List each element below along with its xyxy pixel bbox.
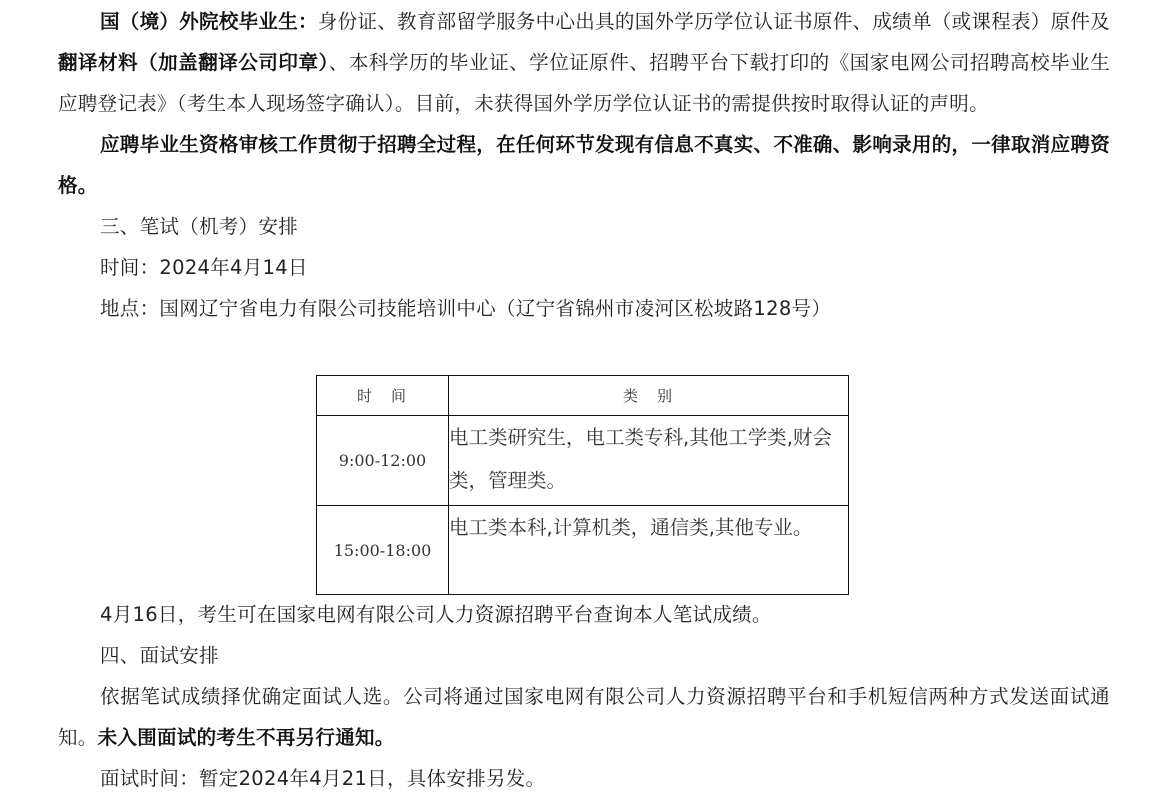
row-time: 15:00-18:00 [317, 506, 449, 595]
score-query-note: 4月16日，考生可在国家电网有限公司人力资源招聘平台查询本人笔试成绩。 [58, 594, 1110, 635]
translation-materials-note: 翻译材料（加盖翻译公司印章） [58, 51, 329, 74]
table-row: 9:00-12:00 电工类研究生，电工类专科,其他工学类,财会类，管理类。 [317, 416, 849, 506]
exam-location: 地点：国网辽宁省电力有限公司技能培训中心（辽宁省锦州市凌河区松坡路128号） [58, 288, 1110, 329]
section-3-title: 三、笔试（机考）安排 [58, 206, 1110, 247]
table-header-row: 时 间 类 别 [317, 376, 849, 416]
row-category: 电工类研究生，电工类专科,其他工学类,财会类，管理类。 [449, 416, 849, 506]
qualification-warning: 应聘毕业生资格审核工作贯彻于招聘全过程，在任何环节发现有信息不真实、不准确、影响… [58, 124, 1110, 206]
header-time: 时 间 [317, 376, 449, 416]
row-category: 电工类本科,计算机类，通信类,其他专业。 [449, 506, 849, 595]
section-4-title: 四、面试安排 [58, 635, 1110, 676]
paragraph-foreign-graduates: 国（境）外院校毕业生：身份证、教育部留学服务中心出具的国外学历学位认证书原件、成… [58, 0, 1110, 124]
interview-time: 面试时间：暂定2024年4月21日，具体安排另发。 [58, 758, 1110, 797]
foreign-graduates-text-1: 身份证、教育部留学服务中心出具的国外学历学位认证书原件、成绩单（或课程表）原件及 [318, 10, 1110, 33]
document-body: 国（境）外院校毕业生：身份证、教育部留学服务中心出具的国外学历学位认证书原件、成… [58, 0, 1110, 329]
row-time: 9:00-12:00 [317, 416, 449, 506]
interview-paragraph: 依据笔试成绩择优确定面试人选。公司将通过国家电网有限公司人力资源招聘平台和手机短… [58, 676, 1110, 758]
header-category: 类 别 [449, 376, 849, 416]
document-body-continued: 4月16日，考生可在国家电网有限公司人力资源招聘平台查询本人笔试成绩。 四、面试… [58, 594, 1110, 797]
foreign-graduates-label: 国（境）外院校毕业生： [100, 10, 318, 33]
exam-time: 时间：2024年4月14日 [58, 247, 1110, 288]
interview-notice-bold: 未入围面试的考生不再另行通知。 [98, 726, 395, 749]
table-row: 15:00-18:00 电工类本科,计算机类，通信类,其他专业。 [317, 506, 849, 595]
exam-schedule-table: 时 间 类 别 9:00-12:00 电工类研究生，电工类专科,其他工学类,财会… [316, 375, 849, 595]
exam-schedule-table-wrapper: 时 间 类 别 9:00-12:00 电工类研究生，电工类专科,其他工学类,财会… [316, 375, 849, 595]
